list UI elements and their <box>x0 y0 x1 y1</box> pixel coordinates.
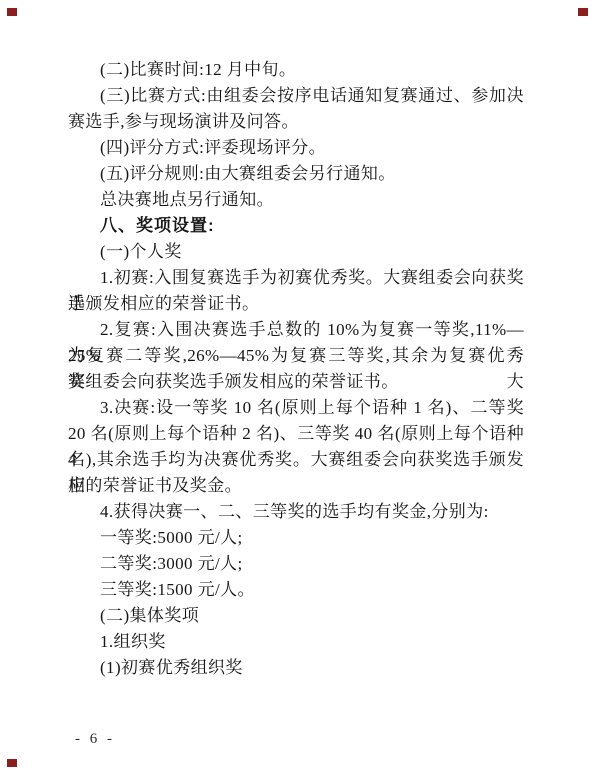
text-line: (1)初赛优秀组织奖 <box>68 655 524 681</box>
red-corner-mark-top-right <box>578 8 588 16</box>
text-line: 二等奖:3000 元/人; <box>68 551 524 577</box>
text-line: 一等奖:5000 元/人; <box>68 525 524 551</box>
text-line: (四)评分方式:评委现场评分。 <box>68 135 524 161</box>
text-line: (一)个人奖 <box>68 239 524 265</box>
text-line: 3.决赛:设一等奖 10 名(原则上每个语种 1 名)、二等奖 <box>68 395 524 421</box>
page-number: - 6 - <box>75 731 115 748</box>
text-line: 2.复赛:入围决赛选手总数的 10%为复赛一等奖,11%—25% <box>68 317 524 343</box>
text-line: 八、奖项设置: <box>68 213 524 239</box>
text-line: 4.获得决赛一、二、三等奖的选手均有奖金,分别为: <box>68 499 524 525</box>
text-line: 为复赛二等奖,26%—45%为复赛三等奖,其余为复赛优秀奖。大 <box>68 343 524 369</box>
text-line: 赛选手,参与现场演讲及问答。 <box>68 109 524 135</box>
red-corner-mark-bottom-left <box>7 759 17 767</box>
text-line: 应的荣誉证书及奖金。 <box>68 473 524 499</box>
text-line: 手颁发相应的荣誉证书。 <box>68 291 524 317</box>
text-line: 名),其余选手均为决赛优秀奖。大赛组委会向获奖选手颁发相 <box>68 447 524 473</box>
text-line: 总决赛地点另行通知。 <box>68 187 524 213</box>
document-page: (二)比赛时间:12 月中旬。(三)比赛方式:由组委会按序电话通知复赛通过、参加… <box>0 0 595 781</box>
red-corner-mark-top-left <box>7 8 17 16</box>
text-line: (二)比赛时间:12 月中旬。 <box>68 57 524 83</box>
text-line: (三)比赛方式:由组委会按序电话通知复赛通过、参加决 <box>68 83 524 109</box>
text-line: (五)评分规则:由大赛组委会另行通知。 <box>68 161 524 187</box>
text-line: (二)集体奖项 <box>68 603 524 629</box>
text-line: 1.初赛:入围复赛选手为初赛优秀奖。大赛组委会向获奖选 <box>68 265 524 291</box>
text-line: 20 名(原则上每个语种 2 名)、三等奖 40 名(原则上每个语种 4 <box>68 421 524 447</box>
document-body: (二)比赛时间:12 月中旬。(三)比赛方式:由组委会按序电话通知复赛通过、参加… <box>68 57 524 681</box>
text-line: 三等奖:1500 元/人。 <box>68 577 524 603</box>
text-line: 1.组织奖 <box>68 629 524 655</box>
